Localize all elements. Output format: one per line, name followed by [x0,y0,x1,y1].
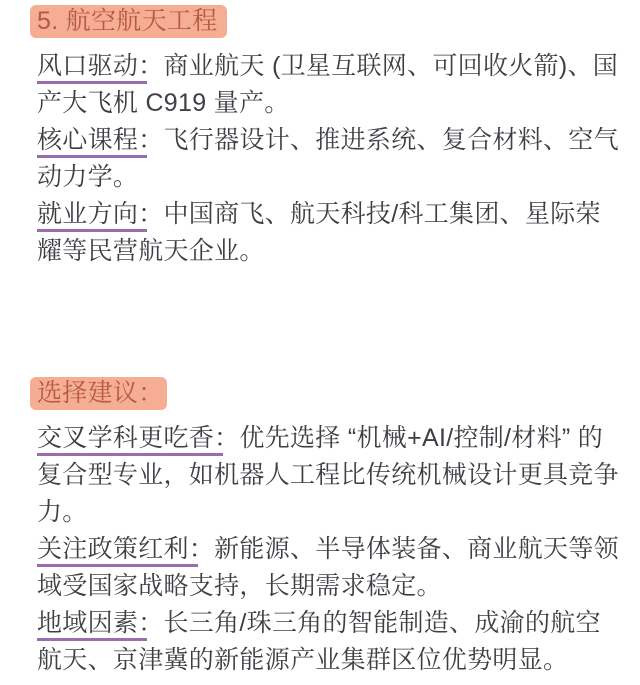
section-heading-advice: 选择建议： [30,377,167,410]
section-advice-heading-row: 选择建议： [37,377,632,410]
article-page: 5. 航空航天工程 风口驱动：商业航天 (卫星互联网、可回收火箭)、国 产大飞机… [0,0,640,685]
term-label-employment: 就业方向 [37,200,147,232]
section-aerospace-heading-row: 5. 航空航天工程 [37,5,632,38]
term-label-policy: 关注政策红利 [37,535,198,567]
paragraph-employment: 就业方向：中国商飞、航天科技/科工集团、星际荣 耀等民营航天企业。 [37,196,632,270]
paragraph-region: 地域因素：长三角/珠三角的智能制造、成渝的航空 航天、京津冀的新能源产业集群区位… [37,605,632,679]
section-heading-aerospace: 5. 航空航天工程 [30,5,227,38]
term-label-region: 地域因素 [37,609,147,641]
paragraph-courses: 核心课程：飞行器设计、推进系统、复合材料、空气 动力学。 [37,122,632,196]
paragraph-interdisciplinary: 交叉学科更吃香：优先选择 “机械+AI/控制/材料” 的 复合型专业，如机器人工… [37,420,632,531]
paragraph-policy: 关注政策红利：新能源、半导体装备、商业航天等领 域受国家战略支持，长期需求稳定。 [37,531,632,605]
term-label-courses: 核心课程 [37,126,147,158]
term-label-driver: 风口驱动 [37,52,147,84]
paragraph-driver: 风口驱动：商业航天 (卫星互联网、可回收火箭)、国 产大飞机 C919 量产。 [37,48,632,122]
term-label-interdisciplinary: 交叉学科更吃香 [37,424,223,456]
